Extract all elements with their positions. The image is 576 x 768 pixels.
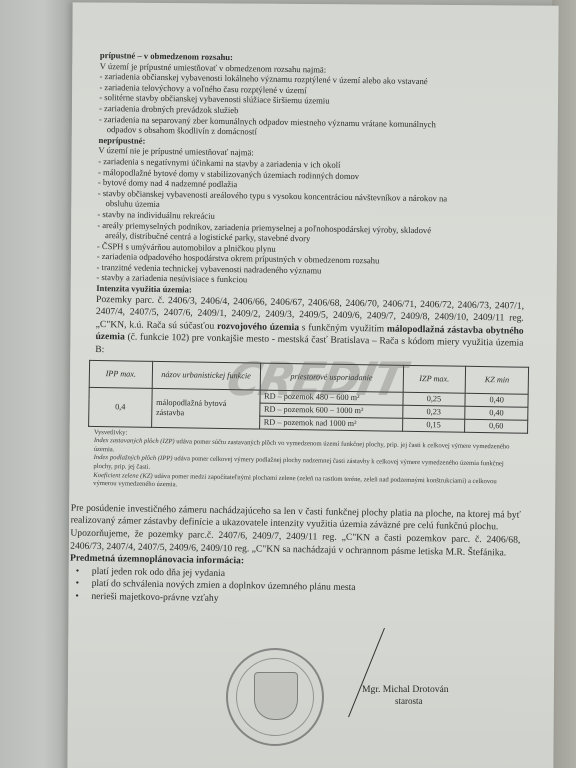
signatory-name: Mgr. Michal Drotován [362,684,449,695]
header-kz: KZ min [465,366,528,394]
permitted-limited-section: prípustné – v obmedzenom rozsahu: V územ… [99,50,528,141]
intensity-bold-part: rozvojového územia [217,321,299,333]
header-izp: IZP max. [403,365,466,393]
official-stamp [226,648,324,746]
cell-function: málopodlažná bytová zástavba [151,388,260,429]
planning-info-section: Predmetná územnoplánovacia informácia: p… [69,553,520,610]
intensity-text-part: s funkčným využitím [299,322,387,334]
signatory-role: starosta [395,696,423,706]
cell-izp: 0,23 [402,405,465,419]
cell-kz: 0,60 [465,419,528,433]
cell-layout: RD – pozemok nad 1000 m² [259,416,402,431]
coat-of-arms-icon [254,672,298,720]
legend-term: Koeficient zelene (KZ) [93,472,152,480]
legend-section: Vysvetlivky: Index zastavaných plôch (IZ… [93,429,522,496]
not-permitted-section: neprípustné: V území nie je prípustné um… [96,135,526,290]
legend-term: Index podlažných plôch (IPP) [94,454,173,462]
intensity-text: Pozemky parc. č. 2406/3, 2406/4, 2406/66… [95,294,524,364]
intensity-section: Intenzita využitia územia: Pozemky parc.… [95,283,524,363]
header-function: názov urbanistickej funkcie [152,361,260,390]
background-left [0,0,72,768]
cell-kz: 0,40 [465,406,528,420]
cell-izp: 0,15 [402,418,465,432]
cell-kz: 0,40 [465,393,528,407]
document-content: prípustné – v obmedzenom rozsahu: V územ… [91,50,528,610]
header-layout: priestorové usporiadanie [260,363,403,392]
legend-term: Index zastavaných plôch (IZP) [94,437,175,445]
intensity-table: IPP max. názov urbanistickej funkcie pri… [88,359,529,433]
cell-izp: 0,25 [403,392,466,406]
cell-ipp: 0,4 [89,387,152,427]
header-ipp: IPP max. [89,360,152,388]
